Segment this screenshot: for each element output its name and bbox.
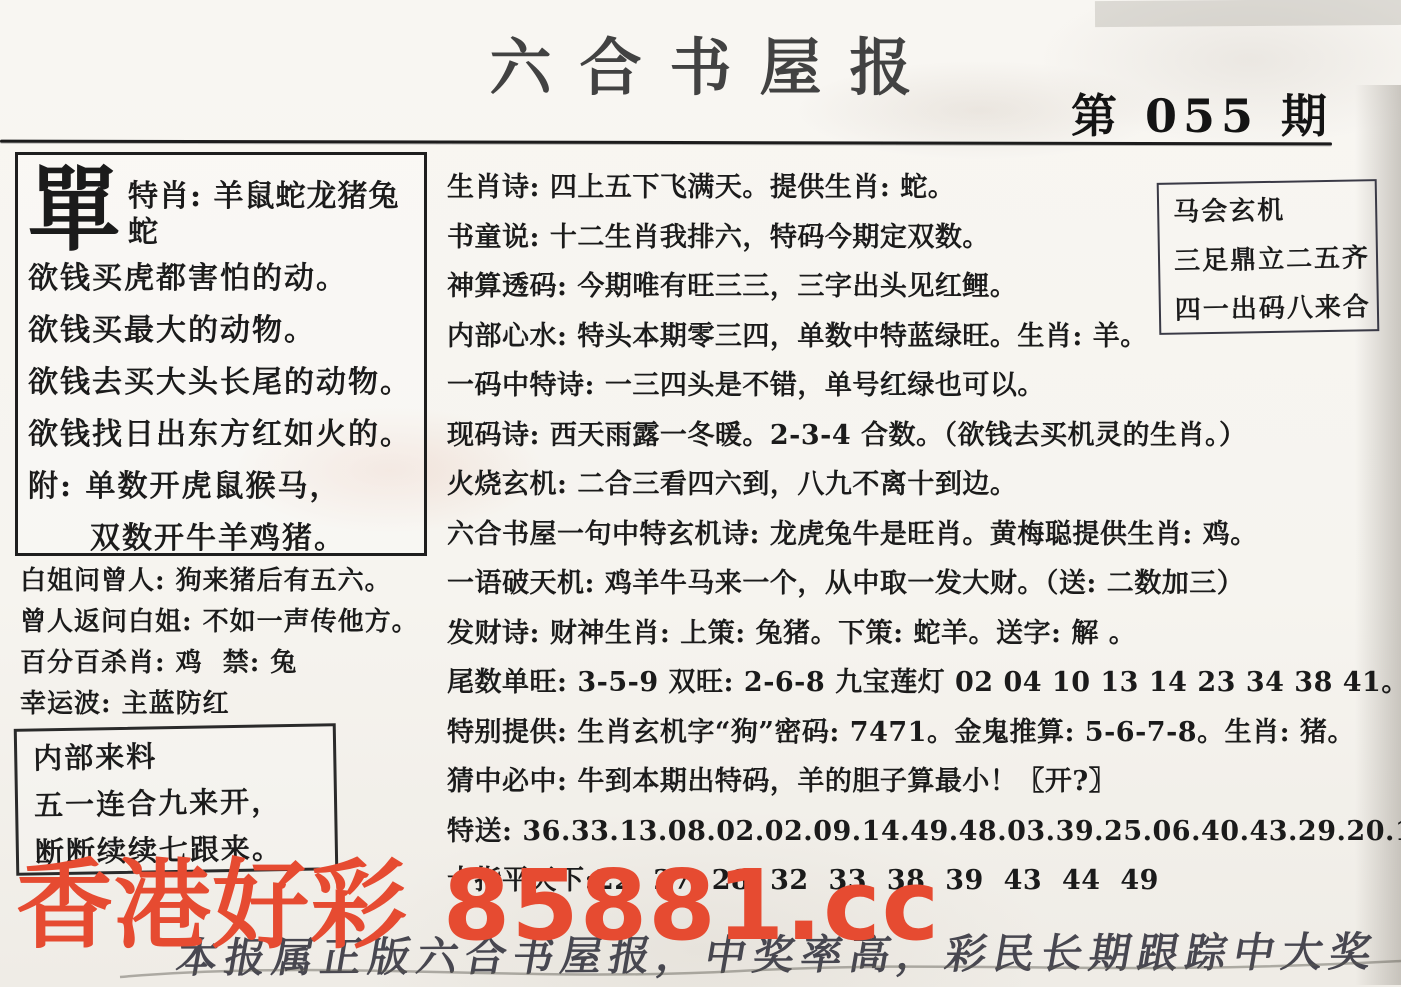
big-odd-character: 單 <box>28 167 120 253</box>
tip-line-yiyupotianji: 一语破天机: 鸡羊牛马来一个，从中取一发大财。（送: 二数加三） <box>447 559 1397 609</box>
mahui-xuanji-box: 马会玄机 三足鼎立二五齐 四一出码八来合 <box>1157 179 1380 335</box>
special-box-line: 欲钱去买大头长尾的动物。 <box>28 357 416 409</box>
left-notes: 白姐问曾人: 狗来猪后有五六。 曾人返问白姐: 不如一声传他方。 百分百杀肖: … <box>20 561 440 725</box>
mahui-line: 马会玄机 <box>1173 185 1376 238</box>
tip-line-yimazhongteshi: 一码中特诗: 一三四头是不错，单号红绿也可以。 <box>447 361 1397 411</box>
note-line: 白姐问曾人: 狗来猪后有五六。 <box>20 561 440 602</box>
special-box-line: 欲钱买虎都害怕的动。 <box>28 253 416 305</box>
issue-number: 第 055 期 <box>1071 80 1333 146</box>
inside-box-line: 五一连合九来开， <box>34 777 325 829</box>
note-line: 曾人返问白姐: 不如一声传他方。 <box>20 602 440 643</box>
note-line: 百分百杀肖: 鸡 禁: 兔 <box>20 643 440 684</box>
tip-line-facaishi: 发财诗: 财神生肖: 上策: 兔猪。下策: 蛇羊。送字: 解 。 <box>447 609 1397 659</box>
tip-line-xianmashi: 现码诗: 西天雨露一冬暖。2-3-4 合数。（欲钱去买机灵的生肖。） <box>447 411 1397 461</box>
special-box-line: 附: 单数开虎鼠猴马， <box>28 461 416 513</box>
special-box-line: 欲钱买最大的动物。 <box>28 305 416 357</box>
mahui-line: 四一出码八来合 <box>1175 283 1378 336</box>
texiao-line: 特肖: 羊鼠蛇龙猪兔蛇 <box>120 179 416 253</box>
watermark-text: 香港好彩 85881.cc <box>16 856 940 956</box>
tip-line-tebietigong: 特别提供: 生肖玄机字“狗”密码: 7471。金鬼推算: 5-6-7-8。生肖:… <box>447 708 1397 758</box>
special-odd-box: 單 特肖: 羊鼠蛇龙猪兔蛇 欲钱买虎都害怕的动。 欲钱买最大的动物。 欲钱去买大… <box>15 152 427 556</box>
special-box-header: 單 特肖: 羊鼠蛇龙猪兔蛇 <box>28 161 416 253</box>
tip-line-weishudanwang: 尾数单旺: 3-5-9 双旺: 2-6-8 九宝莲灯 02 04 10 13 1… <box>447 658 1397 708</box>
mahui-line: 三足鼎立二五齐 <box>1174 234 1377 287</box>
tip-line-huoshaoxuanji: 火烧玄机: 二合三看四六到，八九不离十到边。 <box>447 460 1397 510</box>
special-box-line: 双数开牛羊鸡猪。 <box>28 513 416 565</box>
tip-line-yijuzhongte: 六合书屋一句中特玄机诗: 龙虎兔牛是旺肖。黄梅聪提供生肖: 鸡。 <box>447 510 1397 560</box>
tip-line-caizhongbizhong: 猜中必中: 牛到本期出特码，羊的胆子算最小！〖开?〗 <box>447 757 1397 807</box>
note-line: 幸运波: 主蓝防红 <box>20 684 440 725</box>
inside-box-title: 内部来料 <box>33 730 324 782</box>
special-box-line: 欲钱找日出东方红如火的。 <box>28 409 416 461</box>
